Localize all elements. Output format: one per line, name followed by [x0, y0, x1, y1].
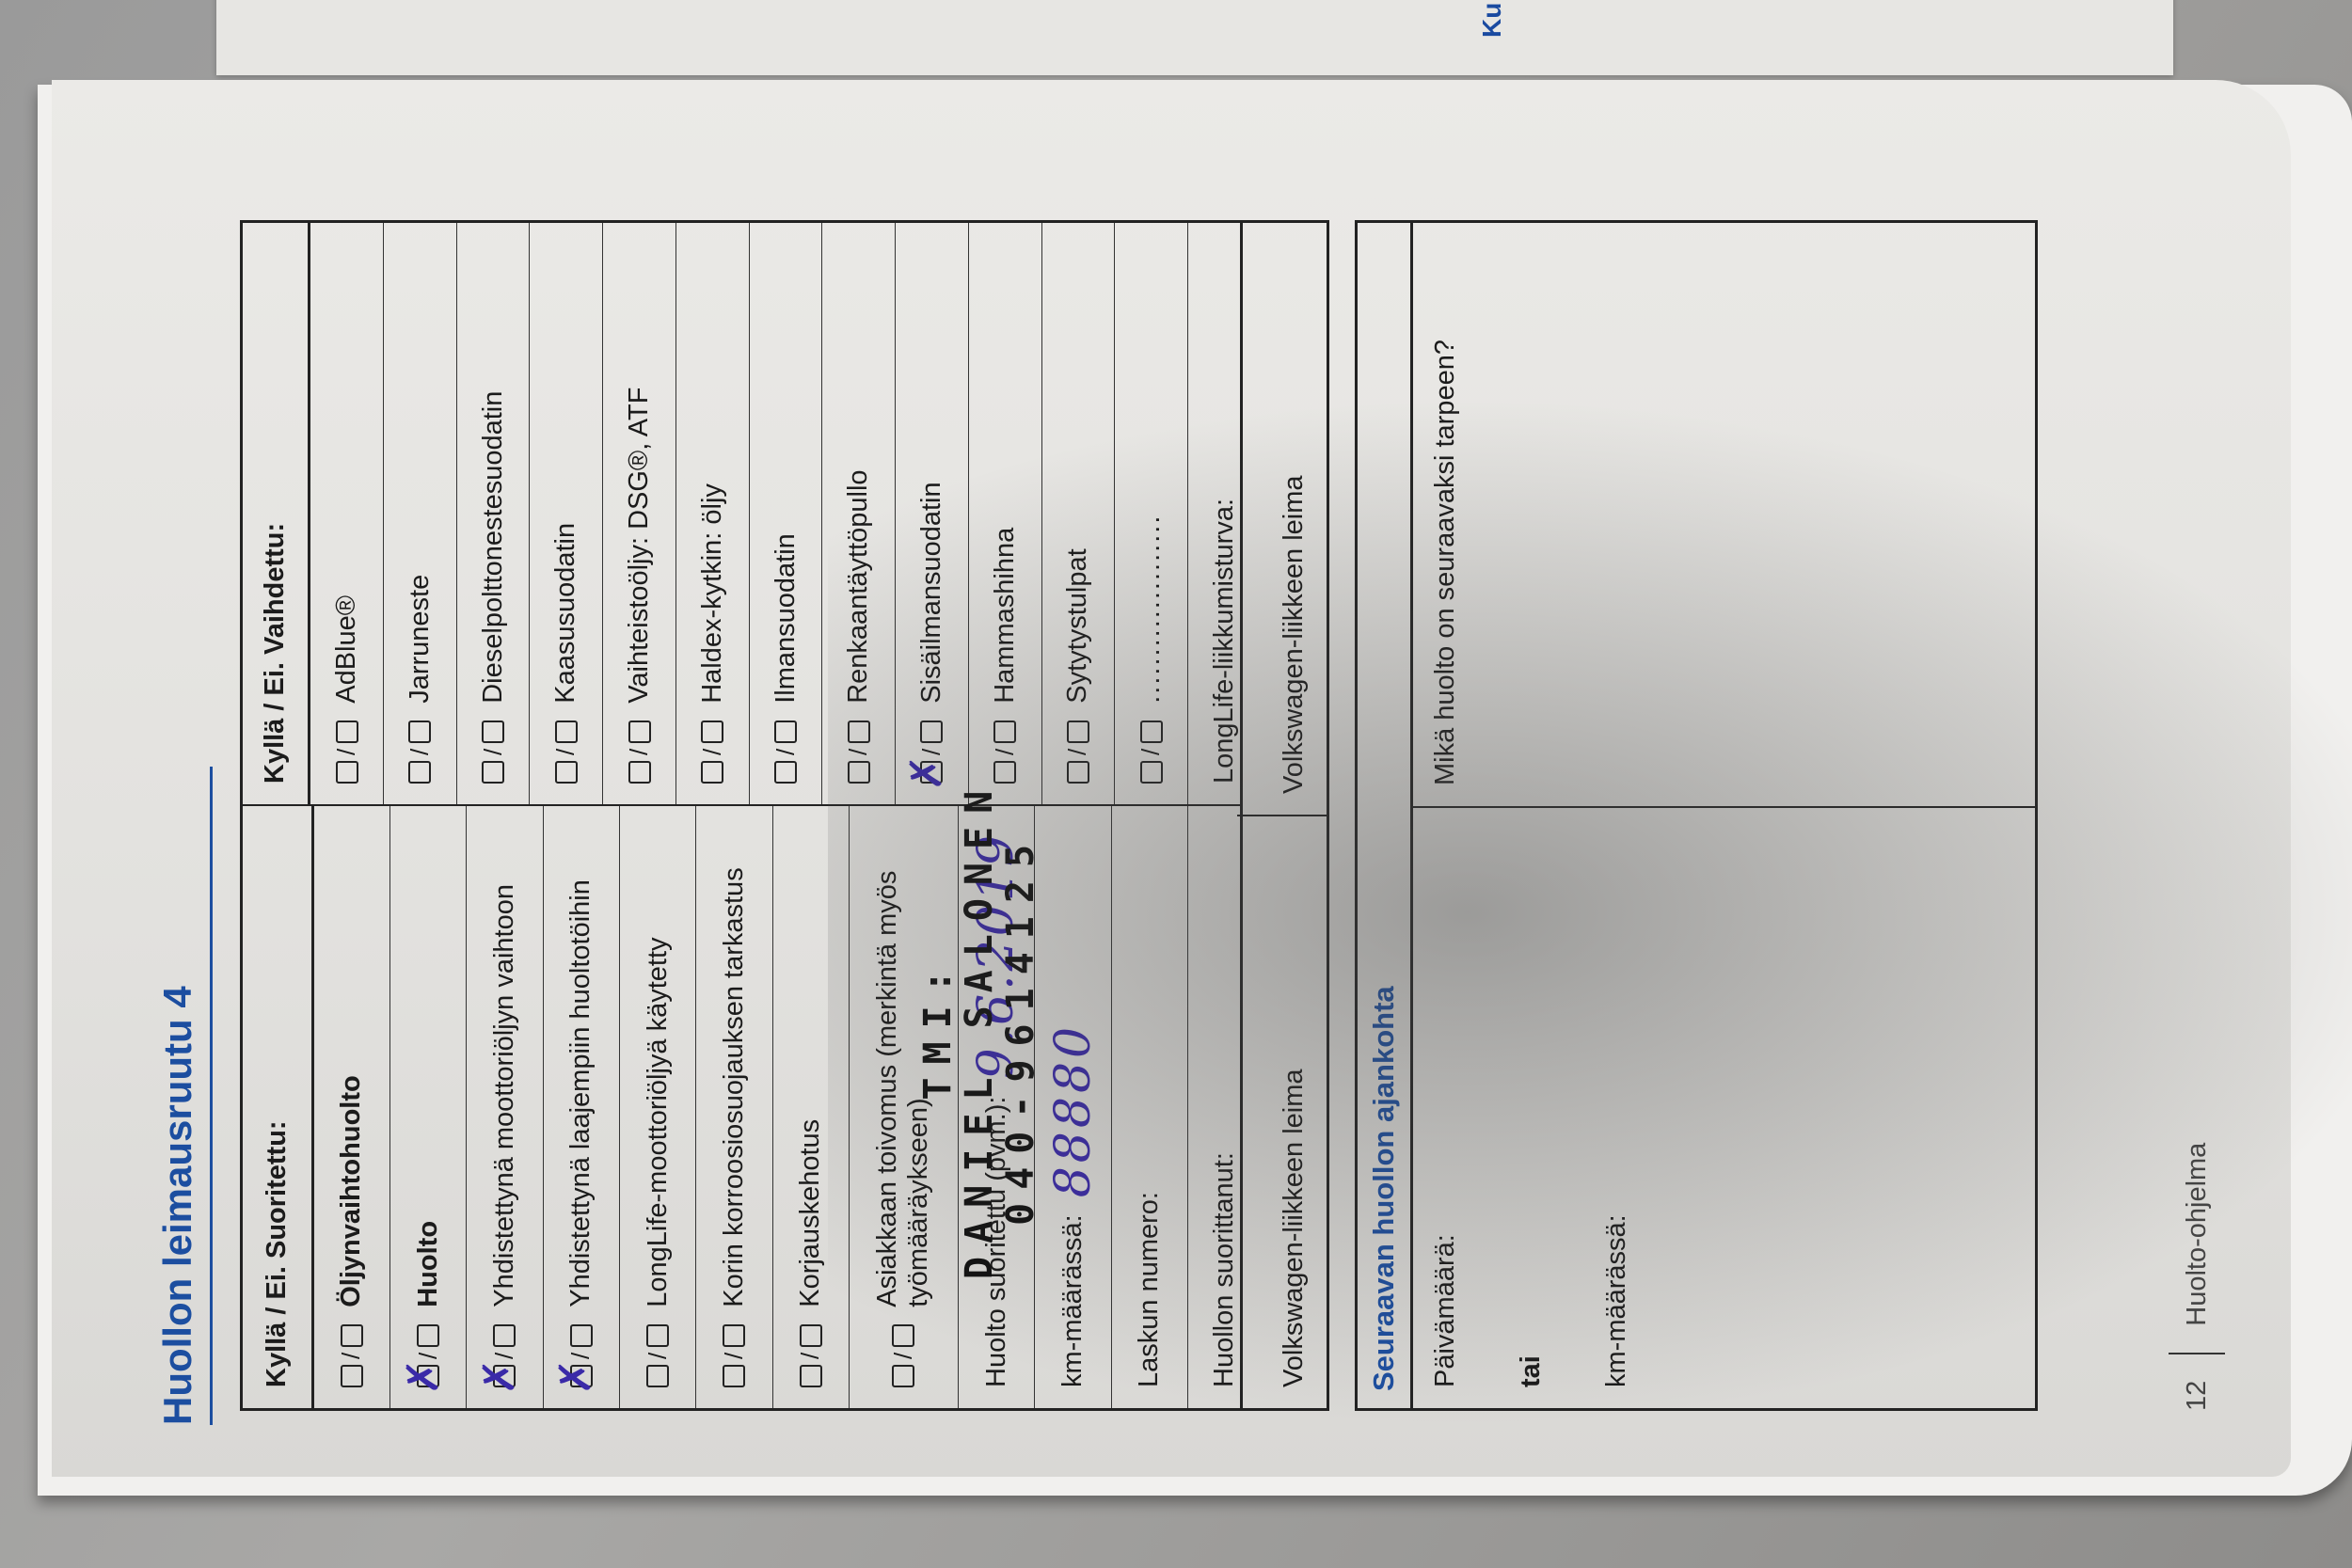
performed-item-label: Öljynvaihtohuolto	[336, 1075, 367, 1307]
replaced-item-label: ....................	[1136, 515, 1167, 704]
checkbox-yes[interactable]	[341, 1365, 363, 1387]
replaced-item: /Jarruneste	[384, 223, 457, 804]
checkbox-no[interactable]	[570, 1324, 593, 1347]
checkbox-yes[interactable]	[555, 761, 578, 784]
checkbox-no[interactable]	[646, 1324, 669, 1347]
yes-no-checkbox[interactable]: /	[1063, 721, 1092, 784]
booklet-page: Huollon leimausruutu 4 Kyllä / Ei. Suori…	[52, 80, 2291, 1477]
yes-no-checkbox[interactable]: /	[551, 721, 580, 784]
performed-item: /Korjauskehotus	[773, 806, 850, 1408]
invoice-number-field-label: Laskun numero:	[1134, 1192, 1165, 1387]
performed-item-label: LongLife-moottoriöljyä käytetty	[643, 937, 674, 1307]
footer-section: Huolto-ohjelma	[2182, 1143, 2213, 1326]
page-footer: 12 Huolto-ohjelma	[2169, 1143, 2225, 1411]
checkbox-yes[interactable]	[723, 1365, 745, 1387]
yes-no-checkbox[interactable]: /✗	[566, 1324, 596, 1387]
yes-no-checkbox[interactable]: /✗	[917, 721, 946, 784]
performed-item-label: Huolto	[413, 1221, 444, 1307]
performed-item-label: Korjauskehotus	[795, 1119, 826, 1307]
replaced-item-label: Vaihteistoöljy: DSG®, ATF	[624, 388, 655, 704]
performed-item-label: Yhdistettynä laajempiin huoltotöihin	[565, 879, 596, 1307]
replaced-item-label: Sisäilmansuodatin	[916, 482, 947, 703]
replaced-item: /Haldex-kytkin: öljy	[676, 223, 750, 804]
stamp-line: DANIEL SALONEN	[959, 778, 1000, 1279]
yes-no-checkbox[interactable]: /	[1136, 721, 1166, 784]
checkbox-no[interactable]	[920, 721, 943, 743]
yes-no-checkbox[interactable]: /	[991, 721, 1020, 784]
replaced-column: Kyllä / Ei. Vaihdettu: /AdBlue®/Jarrunes…	[243, 223, 1240, 804]
handwritten-check-icon: ✗	[477, 1358, 520, 1395]
replaced-item: /Hammashihna	[969, 223, 1042, 804]
yes-no-checkbox[interactable]: /	[771, 721, 801, 784]
facing-page: Ku	[216, 0, 2173, 75]
performed-by-field[interactable]: Huollon suorittanut:	[1188, 806, 1240, 1408]
mileage-field-value: 88880	[1045, 1023, 1102, 1197]
checkbox-yes[interactable]	[848, 761, 870, 784]
checkbox-yes[interactable]	[628, 761, 651, 784]
replaced-item-label: Sytytystulpat	[1062, 548, 1093, 703]
yes-no-separator: /	[332, 749, 361, 755]
replaced-item: /Vaihteistoöljy: DSG®, ATF	[603, 223, 676, 804]
yes-no-checkbox[interactable]: /	[698, 721, 727, 784]
next-km-field[interactable]: km-määrässä:	[1601, 829, 1632, 1387]
checkbox-no[interactable]	[628, 721, 651, 743]
replaced-item-label: AdBlue®	[331, 595, 362, 704]
replaced-item: /Ilmansuodatin	[750, 223, 823, 804]
yes-no-separator: /	[771, 749, 801, 755]
yes-no-separator: /	[796, 1353, 825, 1359]
yes-no-separator: /	[405, 749, 435, 755]
replaced-item: /Sytytystulpat	[1042, 223, 1116, 804]
checkbox-no[interactable]	[723, 1324, 745, 1347]
replaced-item: /Kaasusuodatin	[530, 223, 603, 804]
yes-no-separator: /	[625, 749, 654, 755]
next-service-box: Seuraavan huollon ajankohta Päivämäärä: …	[1355, 220, 2038, 1411]
yes-no-separator: /	[479, 749, 508, 755]
yes-no-checkbox[interactable]: /	[332, 721, 361, 784]
checkbox-no[interactable]	[341, 1324, 363, 1347]
checkbox-no[interactable]	[482, 721, 504, 743]
replaced-item: /....................	[1115, 223, 1188, 804]
performed-item: /✗Huolto	[390, 806, 467, 1408]
yes-no-checkbox[interactable]: /	[405, 721, 435, 784]
yes-no-separator: /	[644, 1353, 673, 1359]
or-label: tai	[1516, 829, 1547, 1387]
yes-no-checkbox[interactable]: /	[625, 721, 654, 784]
checkbox-yes[interactable]	[336, 761, 358, 784]
replaced-item-label: Hammashihna	[990, 528, 1021, 704]
yes-no-checkbox[interactable]: /	[644, 1324, 673, 1387]
yes-no-separator: /	[720, 1353, 749, 1359]
performed-item: /✗Yhdistettynä moottoriöljyn vaihtoon	[467, 806, 543, 1408]
checkbox-yes[interactable]	[892, 1365, 914, 1387]
page-title: Huollon leimausruutu 4	[155, 986, 200, 1425]
mileage-field-label: km-määrässä:	[1057, 1214, 1089, 1387]
checkbox-no[interactable]	[493, 1324, 516, 1347]
replaced-item: /Dieselpolttonestesuodatin	[457, 223, 531, 804]
checkbox-no[interactable]	[555, 721, 578, 743]
checkbox-yes[interactable]	[408, 761, 431, 784]
replaced-item-label: Haldex-kytkin: öljy	[697, 483, 728, 704]
checkbox-no[interactable]	[701, 721, 723, 743]
replaced-item: /Renkaantäyttöpullo	[822, 223, 896, 804]
yes-no-separator: /	[337, 1353, 366, 1359]
performed-item: /Korin korroosiosuojauksen tarkastus	[696, 806, 772, 1408]
handwritten-check-icon: ✗	[553, 1358, 596, 1395]
dealer-stamp-left: Volkswagen-liikkeen leima	[1237, 815, 1327, 1408]
replaced-item-label: Dieselpolttonestesuodatin	[478, 391, 509, 704]
yes-no-checkbox[interactable]: /	[796, 1324, 825, 1387]
checkbox-no[interactable]	[336, 721, 358, 743]
title-underline	[210, 767, 213, 1425]
footer-separator	[2169, 1353, 2225, 1354]
yes-no-separator: /	[1136, 749, 1166, 755]
replaced-item-label: Ilmansuodatin	[771, 533, 802, 704]
checkbox-yes[interactable]	[701, 761, 723, 784]
page-number: 12	[2182, 1381, 2213, 1411]
performed-item: /LongLife-moottoriöljyä käytetty	[620, 806, 696, 1408]
performed-header: Kyllä / Ei. Suoritettu:	[243, 806, 314, 1408]
yes-no-checkbox[interactable]: /	[889, 1324, 918, 1387]
performed-item: /Öljynvaihtohuolto	[314, 806, 390, 1408]
next-service-title: Seuraavan huollon ajankohta	[1358, 223, 1413, 1408]
yes-no-checkbox[interactable]: /	[720, 1324, 749, 1387]
yes-no-separator: /	[844, 749, 873, 755]
yes-no-separator: /	[991, 749, 1020, 755]
replaced-item: /AdBlue®	[310, 223, 384, 804]
yes-no-checkbox[interactable]: /✗	[414, 1324, 443, 1387]
performed-item-label: Yhdistettynä moottoriöljyn vaihtoon	[489, 884, 520, 1307]
checkbox-no[interactable]	[417, 1324, 439, 1347]
service-grid: Kyllä / Ei. Suoritettu: /Öljynvaihtohuol…	[240, 220, 1243, 1411]
stamp-line: 040-9614125	[1000, 778, 1041, 1279]
replaced-item: /✗Sisäilmansuodatin	[896, 223, 969, 804]
checkbox-yes[interactable]	[646, 1365, 669, 1387]
longlife-mobility-field[interactable]: LongLife-liikkumisturva:	[1188, 223, 1240, 804]
next-date-field[interactable]: Päivämäärä:	[1430, 829, 1461, 1387]
checkbox-yes[interactable]	[1067, 761, 1089, 784]
checkbox-no[interactable]	[848, 721, 870, 743]
checkbox-no[interactable]	[774, 721, 797, 743]
yes-no-checkbox[interactable]: /✗	[490, 1324, 519, 1387]
yes-no-separator: /	[698, 749, 727, 755]
replaced-item-label: Kaasusuodatin	[550, 523, 581, 704]
performed-item: /✗Yhdistettynä laajempiin huoltotöihin	[544, 806, 620, 1408]
checkbox-yes[interactable]	[800, 1365, 822, 1387]
mileage-field[interactable]: km-määrässä:88880	[1035, 806, 1111, 1408]
checkbox-no[interactable]	[1067, 721, 1089, 743]
next-service-question[interactable]: Mikä huolto on seuraavaksi tarpeen?	[1413, 223, 2038, 806]
performed-item-label: Korin korroosiosuojauksen tarkastus	[719, 867, 750, 1307]
dealer-stamp-right: Volkswagen-liikkeen leima	[1237, 223, 1327, 815]
handwritten-check-icon: ✗	[401, 1358, 444, 1395]
yes-no-checkbox[interactable]: /	[479, 721, 508, 784]
checkbox-no[interactable]	[892, 1324, 914, 1347]
performed-column: Kyllä / Ei. Suoritettu: /Öljynvaihtohuol…	[243, 804, 1240, 1408]
invoice-number-field[interactable]: Laskun numero:	[1112, 806, 1188, 1408]
yes-no-separator: /	[551, 749, 580, 755]
checkbox-no[interactable]	[1140, 721, 1163, 743]
checkbox-no[interactable]	[408, 721, 431, 743]
page-content: Huollon leimausruutu 4 Kyllä / Ei. Suori…	[52, 80, 2291, 1477]
dealer-stamp-row: Volkswagen-liikkeen leima Volkswagen-lii…	[1237, 220, 1329, 1411]
yes-no-separator: /	[1063, 749, 1092, 755]
replaced-item-label: Renkaantäyttöpullo	[843, 469, 874, 703]
yes-no-separator: /	[889, 1353, 918, 1359]
yes-no-checkbox[interactable]: /	[844, 721, 873, 784]
replaced-item-label: Jarruneste	[405, 575, 436, 704]
facing-page-heading-fragment: Ku	[1477, 0, 1515, 38]
checkbox-yes[interactable]	[482, 761, 504, 784]
yes-no-checkbox[interactable]: /	[337, 1324, 366, 1387]
stamp-line: TMI:	[917, 778, 959, 1279]
workshop-stamp: TMI:DANIEL SALONEN040-9614125	[917, 778, 1041, 1279]
checkbox-no[interactable]	[993, 721, 1016, 743]
checkbox-yes[interactable]	[1140, 761, 1163, 784]
replaced-header: Kyllä / Ei. Vaihdettu:	[243, 223, 310, 804]
checkbox-no[interactable]	[800, 1324, 822, 1347]
checkbox-yes[interactable]	[774, 761, 797, 784]
